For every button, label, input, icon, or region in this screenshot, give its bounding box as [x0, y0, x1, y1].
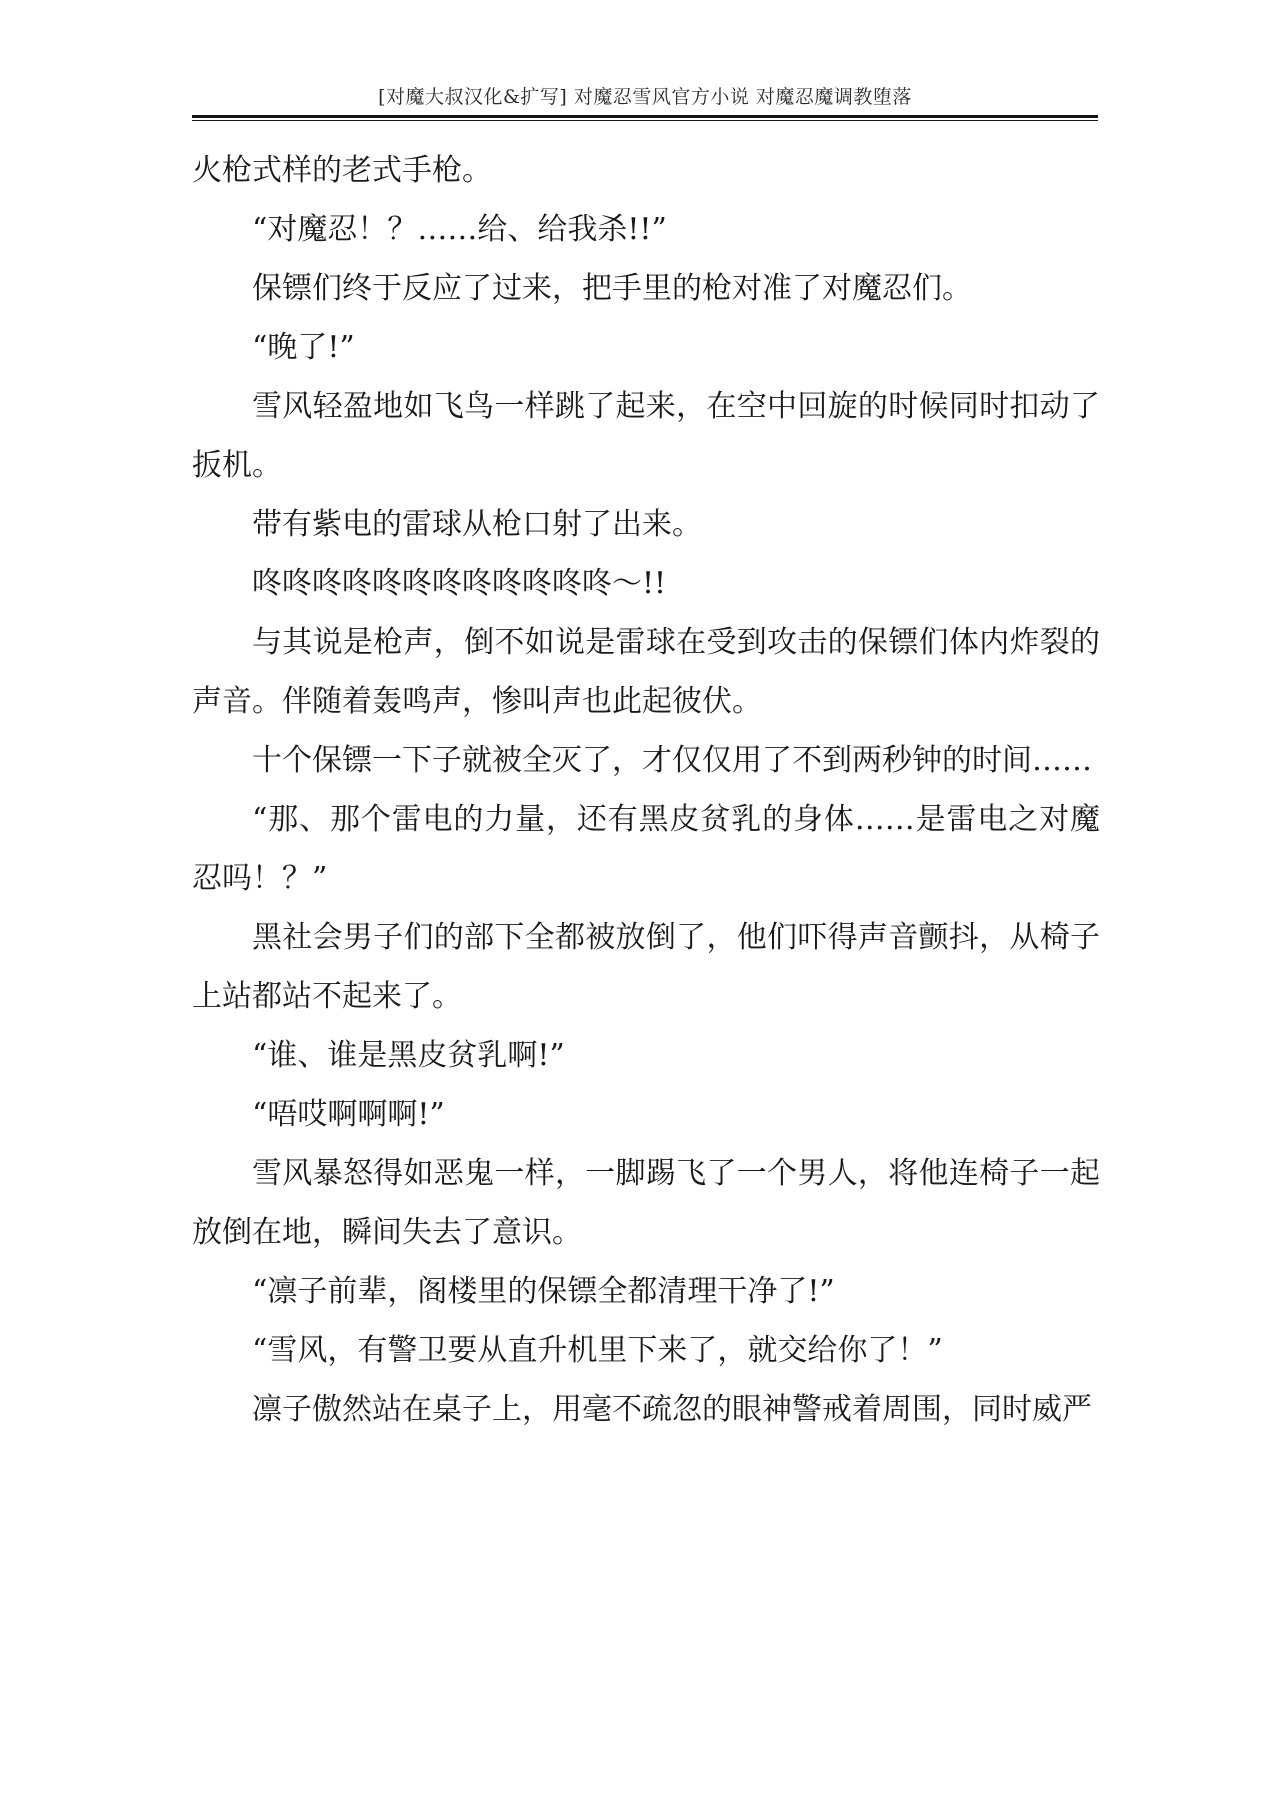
paragraph: “对魔忍！？……给、给我杀!!” — [192, 200, 1100, 259]
paragraph: 雪风轻盈地如飞鸟一样跳了起来，在空中回旋的时候同时扣动了扳机。 — [192, 377, 1100, 495]
paragraph: “谁、谁是黑皮贫乳啊!” — [192, 1026, 1100, 1085]
paragraph: “凛子前辈，阁楼里的保镖全都清理干净了!” — [192, 1262, 1100, 1321]
paragraph: 火枪式样的老式手枪。 — [192, 141, 1100, 200]
paragraph: 保镖们终于反应了过来，把手里的枪对准了对魔忍们。 — [192, 259, 1100, 318]
paragraph: 咚咚咚咚咚咚咚咚咚咚咚咚～!! — [192, 554, 1100, 613]
paragraph: 黑社会男子们的部下全都被放倒了，他们吓得声音颤抖，从椅子上站都站不起来了。 — [192, 908, 1100, 1026]
document-page: [对魔大叔汉化&扩写] 对魔忍雪风官方小说 对魔忍魔调教堕落 火枪式样的老式手枪… — [0, 0, 1280, 1811]
paragraph: “雪风，有警卫要从直升机里下来了，就交给你了！” — [192, 1321, 1100, 1380]
body-text: 火枪式样的老式手枪。“对魔忍！？……给、给我杀!!”保镖们终于反应了过来，把手里… — [192, 141, 1100, 1439]
paragraph: “那、那个雷电的力量，还有黑皮贫乳的身体……是雷电之对魔忍吗！？” — [192, 790, 1100, 908]
running-header: [对魔大叔汉化&扩写] 对魔忍雪风官方小说 对魔忍魔调教堕落 — [192, 82, 1098, 109]
paragraph: 带有紫电的雷球从枪口射了出来。 — [192, 495, 1100, 554]
paragraph: 十个保镖一下子就被全灭了，才仅仅用了不到两秒钟的时间…… — [192, 731, 1100, 790]
header-rule-divider — [192, 115, 1098, 121]
paragraph: 凛子傲然站在桌子上，用毫不疏忽的眼神警戒着周围，同时威严 — [192, 1380, 1100, 1439]
paragraph: 雪风暴怒得如恶鬼一样，一脚踢飞了一个男人，将他连椅子一起放倒在地，瞬间失去了意识… — [192, 1144, 1100, 1262]
paragraph: 与其说是枪声，倒不如说是雷球在受到攻击的保镖们体内炸裂的声音。伴随着轰鸣声，惨叫… — [192, 613, 1100, 731]
paragraph: “晚了!” — [192, 318, 1100, 377]
paragraph: “唔哎啊啊啊!” — [192, 1085, 1100, 1144]
